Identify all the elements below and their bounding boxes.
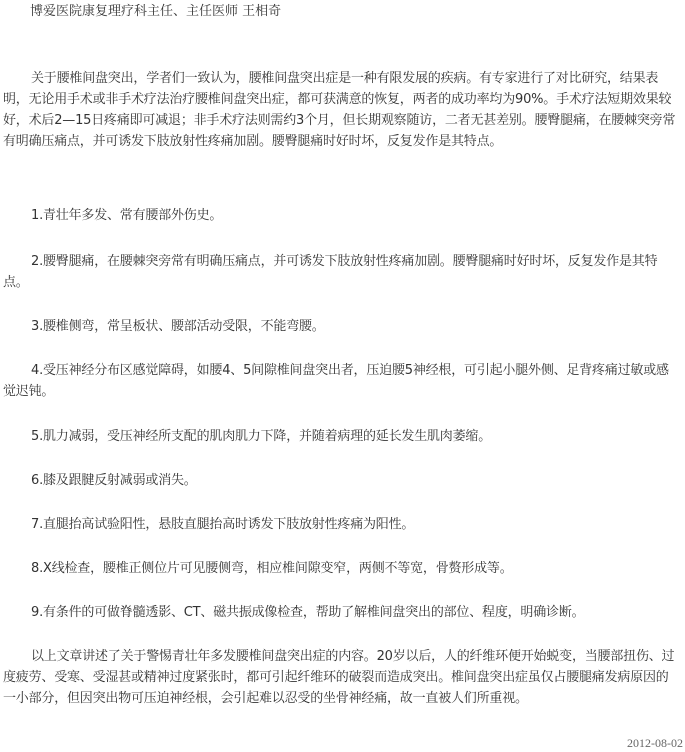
symptom-item-6: 6.膝及跟腱反射减弱或消失。	[3, 470, 681, 491]
symptom-item-1: 1.青壮年多发、常有腰部外伤史。	[3, 205, 681, 226]
symptom-item-9: 9.有条件的可做脊髓透影、CT、磁共振成像检查，帮助了解椎间盘突出的部位、程度，…	[3, 602, 681, 623]
symptom-item-2: 2.腰臀腿痛，在腰棘突旁常有明确压痛点，并可诱发下肢放射性疼痛加剧。腰臀腿痛时好…	[3, 251, 681, 293]
symptom-item-8: 8.X线检查，腰椎正侧位片可见腰侧弯，相应椎间隙变窄，两侧不等宽，骨赘形成等。	[3, 558, 681, 579]
symptom-item-3: 3.腰椎侧弯，常呈板状、腰部活动受限，不能弯腰。	[3, 316, 681, 337]
symptom-item-7: 7.直腿抬高试验阳性，悬肢直腿抬高时诱发下肢放射性疼痛为阳性。	[3, 514, 681, 535]
symptom-item-5: 5.肌力减弱，受压神经所支配的肌肉肌力下降，并随着病理的延长发生肌肉萎缩。	[3, 426, 681, 447]
byline: 博爱医院康复理疗科主任、主任医师 王相奇	[30, 3, 281, 21]
intro-paragraph: 关于腰椎间盘突出，学者们一致认为，腰椎间盘突出症是一种有限发展的疾病。有专家进行…	[3, 68, 681, 152]
conclusion-paragraph: 以上文章讲述了关于警惕青壮年多发腰椎间盘突出症的内容。20岁以后，人的纤维环便开…	[3, 646, 681, 709]
publish-date: 2012-08-02	[627, 735, 683, 751]
symptom-item-4: 4.受压神经分布区感觉障碍，如腰4、5间隙椎间盘突出者，压迫腰5神经根，可引起小…	[3, 360, 681, 402]
